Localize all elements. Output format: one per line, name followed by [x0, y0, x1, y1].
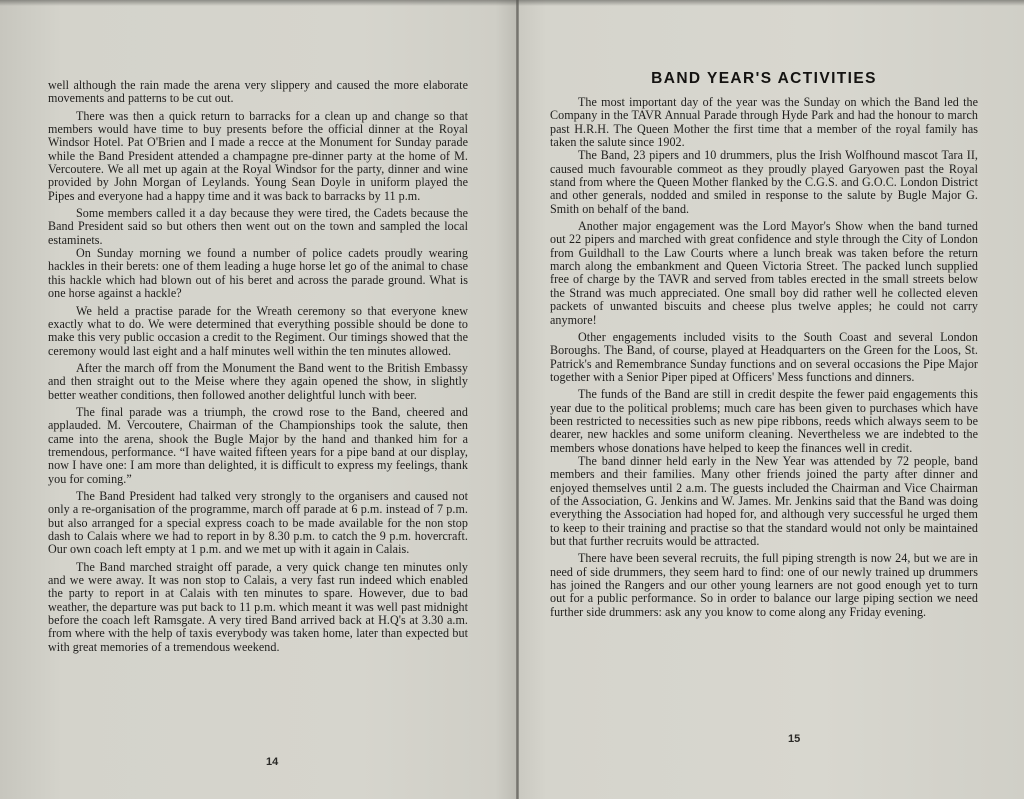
paragraph: Another major engagement was the Lord Ma…	[550, 220, 978, 327]
paragraph: The funds of the Band are still in credi…	[550, 388, 978, 455]
top-edge-shadow	[0, 0, 1024, 6]
page-number: 14	[266, 756, 278, 768]
left-page: well although the rain made the arena ve…	[0, 0, 516, 799]
book-spread: well although the rain made the arena ve…	[0, 0, 1024, 799]
paragraph: The band dinner held early in the New Ye…	[550, 455, 978, 548]
paragraph: On Sunday morning we found a number of p…	[48, 247, 468, 300]
paragraph: The Band, 23 pipers and 10 drummers, plu…	[550, 149, 978, 216]
paragraph: Some members called it a day because the…	[48, 207, 468, 247]
paragraph: We held a practise parade for the Wreath…	[48, 305, 468, 358]
paragraph: There was then a quick return to barrack…	[48, 110, 468, 203]
paragraph: Other engagements included visits to the…	[550, 331, 978, 384]
page-number: 15	[788, 733, 800, 745]
page-title: BAND YEAR'S ACTIVITIES	[550, 70, 978, 88]
paragraph: There have been several recruits, the fu…	[550, 552, 978, 619]
paragraph: The final parade was a triumph, the crow…	[48, 406, 468, 486]
left-page-body: well although the rain made the arena ve…	[48, 79, 468, 658]
book-spine	[516, 0, 519, 799]
paragraph: The most important day of the year was t…	[550, 96, 978, 149]
paragraph: well although the rain made the arena ve…	[48, 79, 468, 106]
paragraph: After the march off from the Monument th…	[48, 362, 468, 402]
right-page-body: The most important day of the year was t…	[550, 96, 978, 623]
paragraph: The Band marched straight off parade, a …	[48, 561, 468, 654]
right-page: BAND YEAR'S ACTIVITIES The most importan…	[516, 0, 1024, 799]
paragraph: The Band President had talked very stron…	[48, 490, 468, 557]
